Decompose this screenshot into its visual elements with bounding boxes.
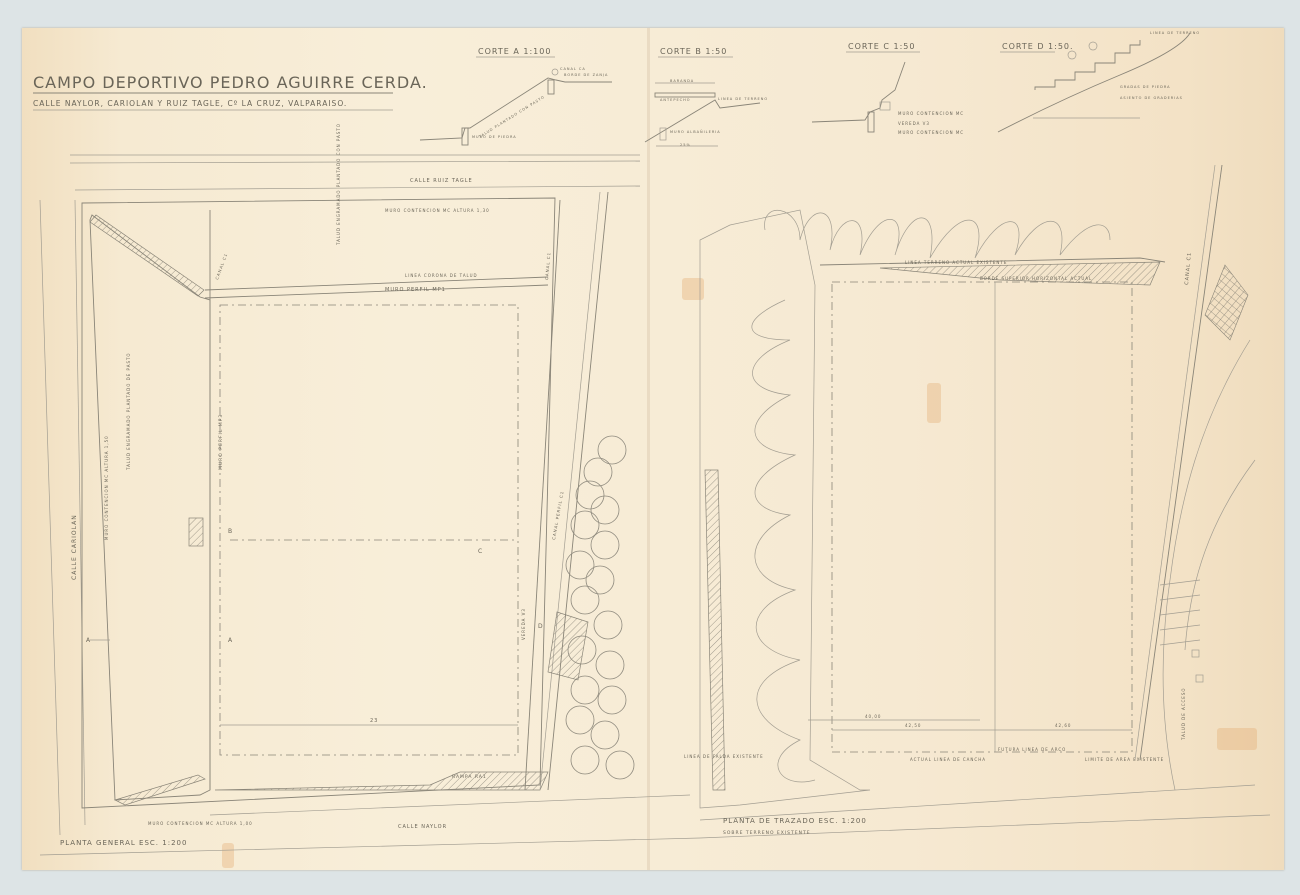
svg-text:FUTURA LINEA DE ARCO: FUTURA LINEA DE ARCO (998, 747, 1066, 752)
svg-text:LINEA TERRENO ACTUAL EXISTENTE: LINEA TERRENO ACTUAL EXISTENTE (905, 260, 1007, 265)
svg-text:LINEA DE FALDA EXISTENTE: LINEA DE FALDA EXISTENTE (684, 754, 764, 759)
tree-row (566, 436, 634, 779)
svg-text:MURO PERFIL MP3: MURO PERFIL MP3 (218, 414, 224, 470)
svg-text:MURO DE PIEDRA: MURO DE PIEDRA (472, 135, 517, 139)
svg-text:LINEA DE TERRENO: LINEA DE TERRENO (1150, 31, 1200, 35)
street-cariolan: CALLE CARIOLAN (71, 514, 78, 580)
plan-trazado: LINEA TERRENO ACTUAL EXISTENTE BORDE SUP… (684, 165, 1270, 838)
svg-text:MURO PERFIL MP1: MURO PERFIL MP1 (385, 287, 446, 293)
street-ruiz-tagle: CALLE RUIZ TAGLE (410, 178, 473, 184)
svg-text:CORTE B 1:50: CORTE B 1:50 (660, 47, 727, 56)
svg-text:TALUD ENGRAMADO PLANTADO DE PA: TALUD ENGRAMADO PLANTADO DE PASTO (126, 352, 131, 471)
svg-text:MURO CONTENCION MC ALTURA 1,30: MURO CONTENCION MC ALTURA 1,30 (385, 208, 490, 213)
architectural-drawing: CAMPO DEPORTIVO PEDRO AGUIRRE CERDA. CAL… (0, 0, 1300, 895)
svg-text:MURO CONTENCION MC ALTURA 1,50: MURO CONTENCION MC ALTURA 1,50 (104, 435, 109, 540)
svg-text:CANAL PERFIL C1: CANAL PERFIL C1 (551, 490, 565, 540)
plan-general-caption: PLANTA GENERAL ESC. 1:200 (60, 839, 187, 847)
svg-text:CANAL CA: CANAL CA (560, 67, 586, 71)
svg-text:MURO CONTENCION MC ALTURA 1,00: MURO CONTENCION MC ALTURA 1,00 (148, 821, 253, 826)
plan-general: CALLE RUIZ TAGLE CALLE CARIOLAN LINEA CO… (40, 123, 700, 855)
svg-text:MURO ALBAÑILERIA: MURO ALBAÑILERIA (670, 129, 721, 134)
plan-trazado-subcaption: SOBRE TERRENO EXISTENTE (723, 830, 811, 836)
stairs (1160, 580, 1203, 682)
svg-text:42,50: 42,50 (905, 723, 921, 728)
section-corte-c: CORTE C 1:50 MURO CONTENCION MC VEREDA V… (812, 42, 964, 135)
svg-text:C: C (478, 548, 483, 555)
svg-text:B: B (228, 528, 233, 535)
plan-trazado-caption: PLANTA DE TRAZADO ESC. 1:200 (723, 817, 867, 825)
drawing-subtitle: CALLE NAYLOR, CARIOLAN Y RUIZ TAGLE, Cº … (33, 99, 347, 108)
section-corte-b: CORTE B 1:50 BARANDA ANTEPECHO MURO ALBA… (645, 47, 768, 147)
svg-text:D: D (538, 623, 544, 630)
svg-text:ASIENTO DE GRADERIAS: ASIENTO DE GRADERIAS (1120, 96, 1183, 100)
svg-text:MURO CONTENCION MC: MURO CONTENCION MC (898, 111, 964, 116)
svg-text:CORTE D 1:50.: CORTE D 1:50. (1002, 42, 1074, 51)
svg-text:CORTE C 1:50: CORTE C 1:50 (848, 42, 915, 51)
svg-text:A: A (86, 637, 91, 644)
svg-text:GRADAS DE PIEDRA: GRADAS DE PIEDRA (1120, 85, 1171, 89)
section-corte-a: CORTE A 1:100 TALUD PLANTADO CON PASTO M… (420, 47, 612, 145)
svg-text:CANAL C1: CANAL C1 (544, 252, 551, 280)
svg-text:VEREDA V3: VEREDA V3 (898, 121, 930, 126)
drawing-title: CAMPO DEPORTIVO PEDRO AGUIRRE CERDA. (33, 73, 428, 92)
svg-text:VEREDA V3: VEREDA V3 (521, 608, 526, 640)
svg-text:LIMITE DE AREA EXISTENTE: LIMITE DE AREA EXISTENTE (1085, 757, 1164, 762)
section-corte-d: CORTE D 1:50. GRADAS DE PIEDRA ASIENTO D… (998, 31, 1200, 132)
svg-text:RAMPA RA1: RAMPA RA1 (452, 774, 487, 780)
svg-text:BARANDA: BARANDA (670, 79, 694, 83)
svg-text:BORDE SUPERIOR HORIZONTAL ACTU: BORDE SUPERIOR HORIZONTAL ACTUAL (980, 276, 1092, 281)
street-naylor: CALLE NAYLOR (398, 824, 447, 830)
svg-text:CORTE A 1:100: CORTE A 1:100 (478, 47, 551, 56)
svg-text:25%: 25% (680, 143, 691, 147)
svg-text:LINEA DE TERRENO: LINEA DE TERRENO (718, 97, 768, 101)
svg-text:A: A (228, 637, 233, 644)
svg-text:MURO CONTENCION MC: MURO CONTENCION MC (898, 130, 964, 135)
svg-text:TALUD ENGRAMADO PLANTADO CON P: TALUD ENGRAMADO PLANTADO CON PASTO (336, 123, 341, 246)
svg-text:BORDE DE ZANJA: BORDE DE ZANJA (564, 73, 608, 77)
svg-text:ANTEPECHO: ANTEPECHO (660, 98, 691, 102)
svg-text:LINEA CORONA DE TALUD: LINEA CORONA DE TALUD (405, 273, 478, 278)
svg-text:40,00: 40,00 (865, 714, 881, 719)
svg-text:ACTUAL LINEA DE CANCHA: ACTUAL LINEA DE CANCHA (910, 757, 986, 762)
svg-text:CANAL C1: CANAL C1 (214, 252, 228, 280)
title-block: CAMPO DEPORTIVO PEDRO AGUIRRE CERDA. CAL… (33, 73, 428, 110)
svg-text:CANAL C1: CANAL C1 (1184, 252, 1193, 286)
svg-text:23: 23 (370, 718, 378, 724)
svg-text:TALUD DE ACCESO: TALUD DE ACCESO (1181, 687, 1186, 741)
svg-text:42,60: 42,60 (1055, 723, 1071, 728)
